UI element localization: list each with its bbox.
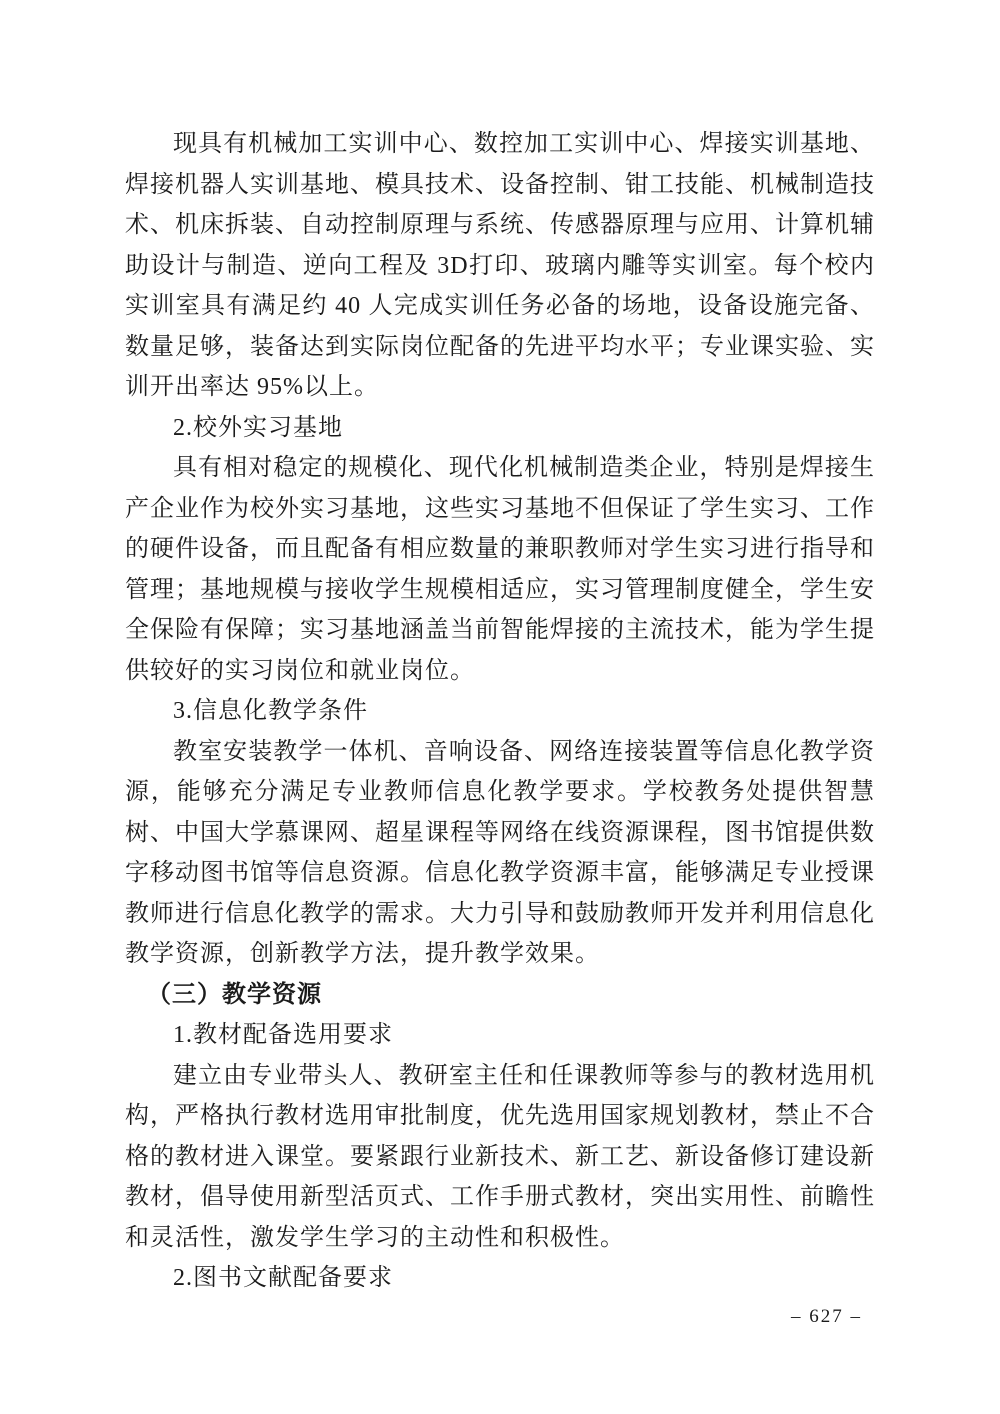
paragraph-off-campus-practice-bases: 具有相对稳定的规模化、现代化机械制造类企业，特别是焊接生产企业作为校外实习基地，… [125,448,875,691]
page-number: – 627 – [791,1306,862,1328]
heading-section-three-teaching-resources: （三）教学资源 [125,975,875,1016]
subheading-textbook-selection-requirements: 1.教材配备选用要求 [125,1015,875,1056]
document-page: 现具有机械加工实训中心、数控加工实训中心、焊接实训基地、焊接机器人实训基地、模具… [0,0,1000,1414]
paragraph-campus-training-rooms: 现具有机械加工实训中心、数控加工实训中心、焊接实训基地、焊接机器人实训基地、模具… [125,124,875,408]
paragraph-informatization-teaching-conditions: 教室安装教学一体机、音响设备、网络连接装置等信息化教学资源，能够充分满足专业教师… [125,732,875,975]
document-body: 现具有机械加工实训中心、数控加工实训中心、焊接实训基地、焊接机器人实训基地、模具… [125,124,875,1299]
subheading-library-documents-requirements: 2.图书文献配备要求 [125,1258,875,1299]
subheading-informatization-teaching-conditions: 3.信息化教学条件 [125,691,875,732]
subheading-off-campus-practice-bases: 2.校外实习基地 [125,408,875,449]
paragraph-textbook-selection-requirements: 建立由专业带头人、教研室主任和任课教师等参与的教材选用机构，严格执行教材选用审批… [125,1056,875,1259]
